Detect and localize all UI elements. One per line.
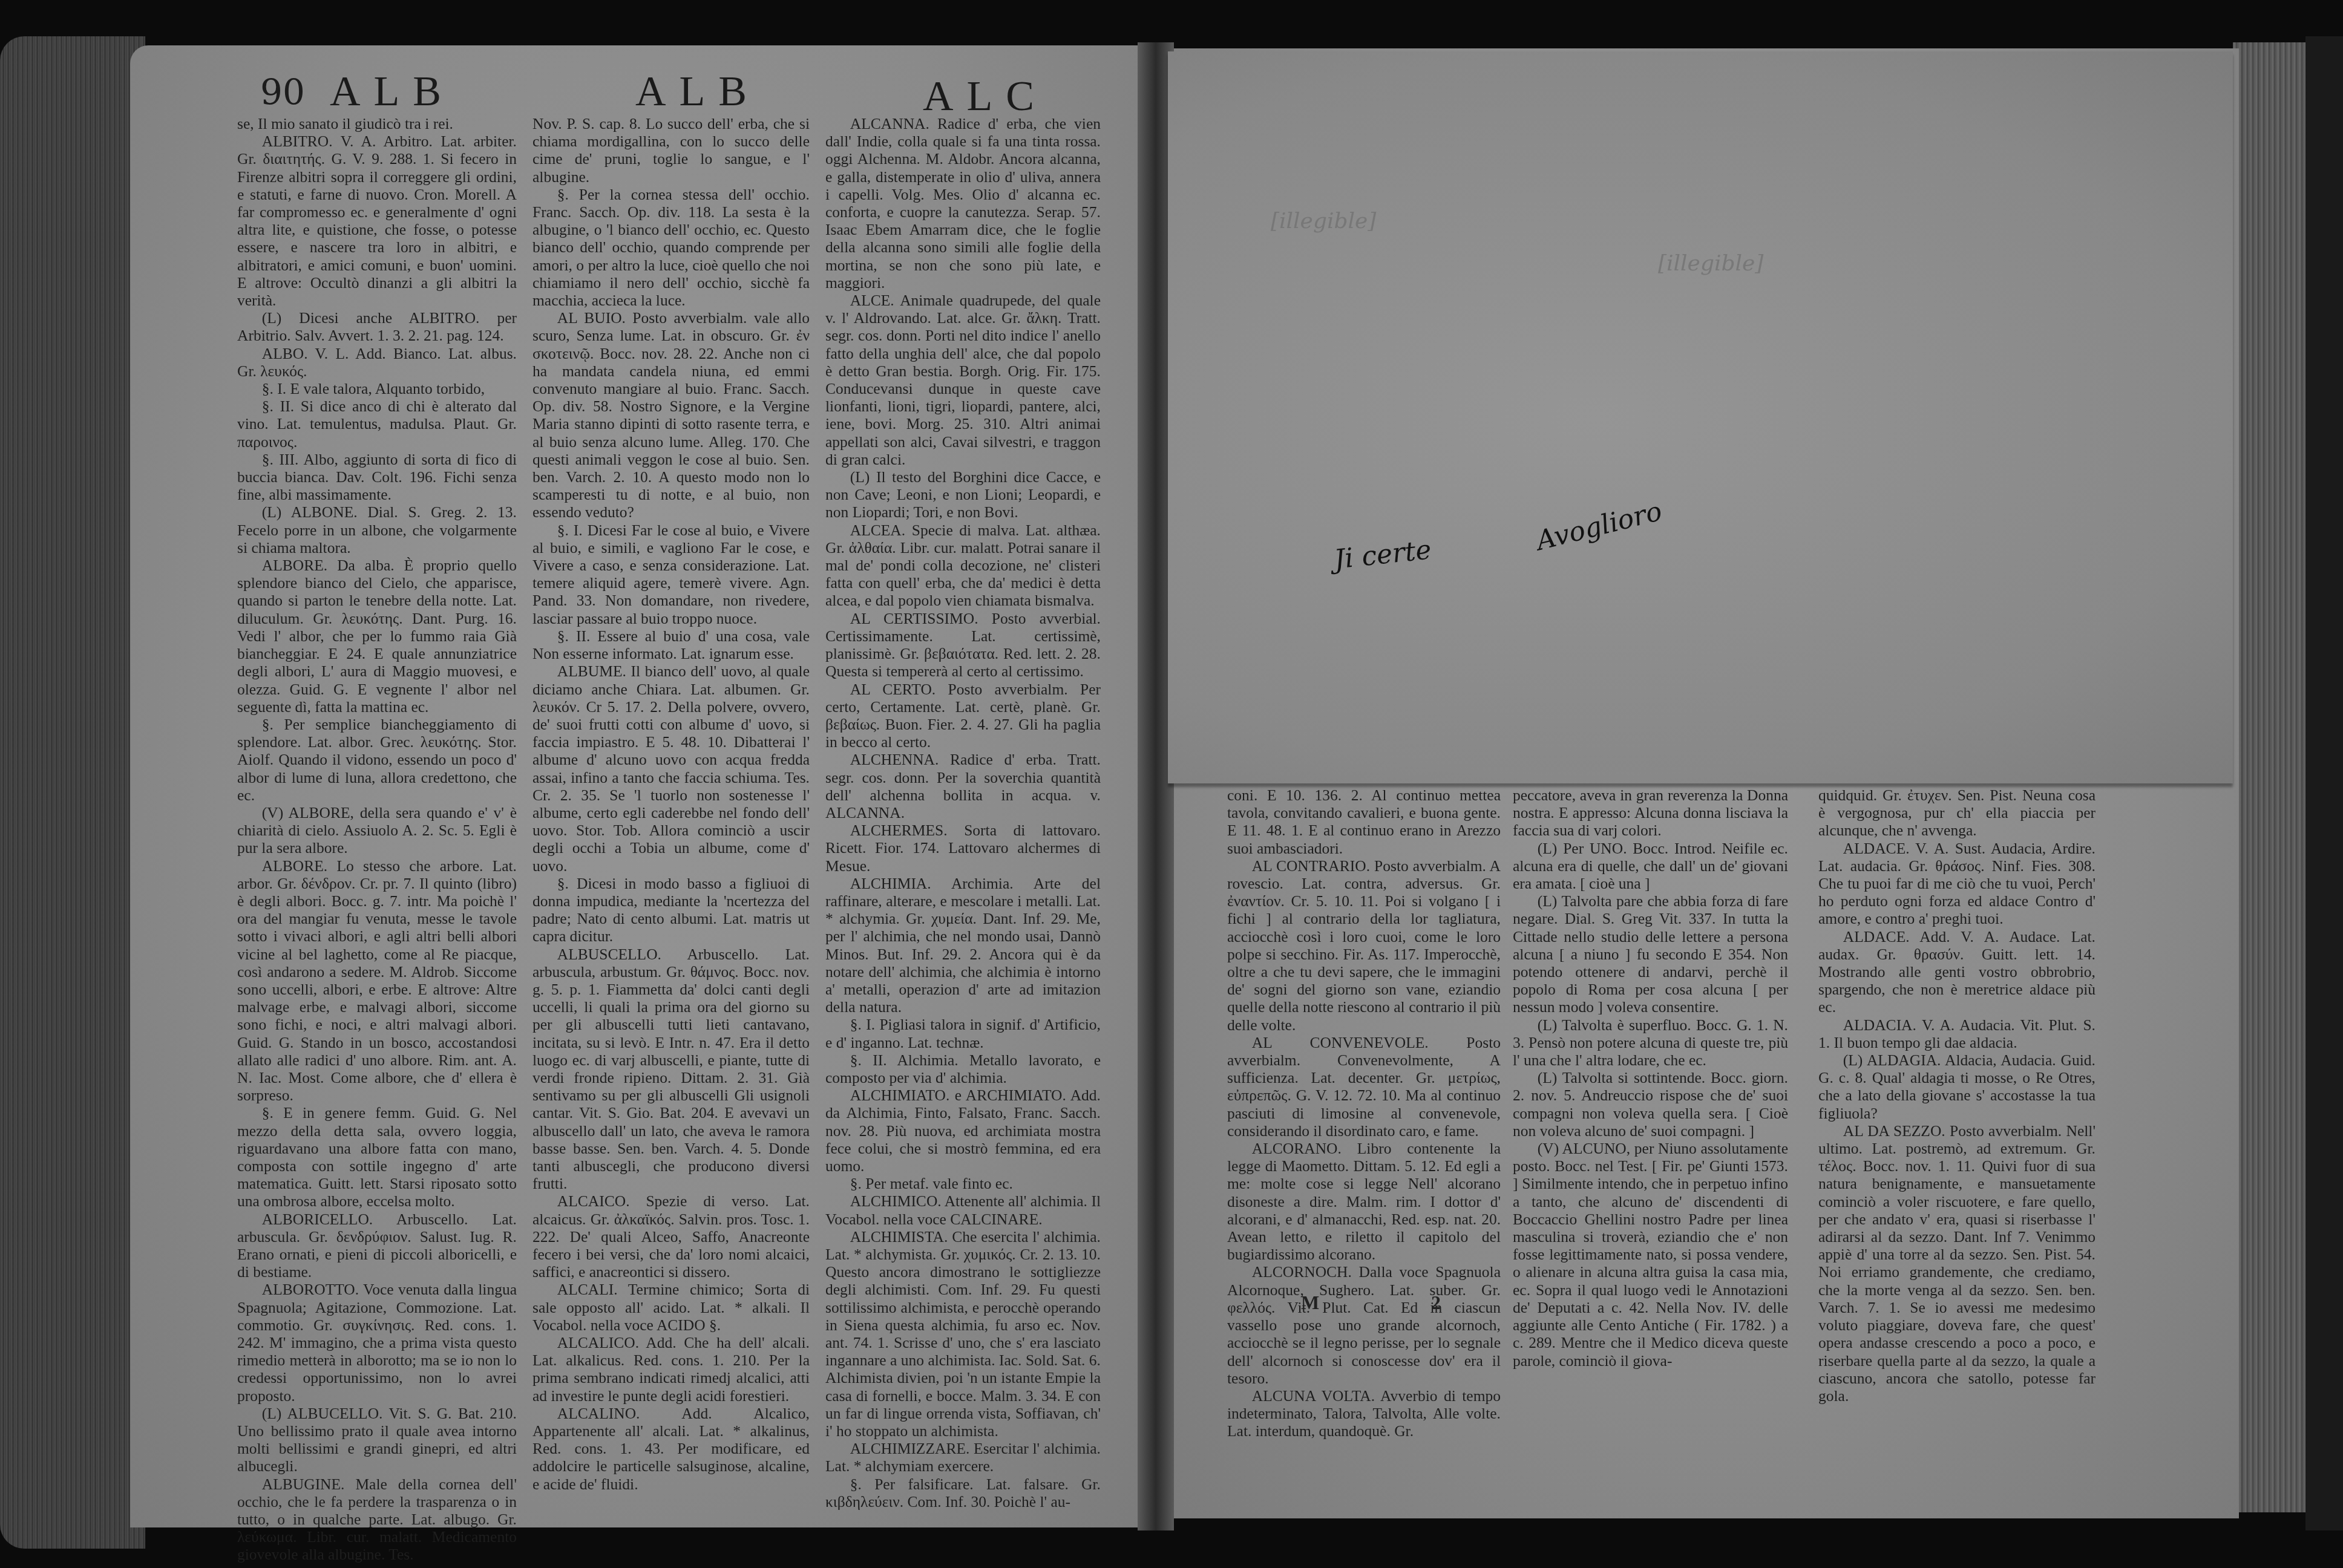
dictionary-entry: ALCORANO. Libro contenente la legge di M… <box>1227 1140 1501 1263</box>
dictionary-entry: ALCALI. Termine chimico; Sorta di sale o… <box>532 1281 810 1334</box>
dictionary-entry: ALCHIMICO. Attenente all' alchimia. Il V… <box>825 1192 1101 1227</box>
dictionary-entry: §. II. Essere al buio d' una cosa, vale … <box>532 627 810 662</box>
book-page-edges-left <box>0 36 145 1549</box>
dictionary-entry: §. I. Pigliasi talora in signif. d' Arti… <box>825 1016 1101 1051</box>
dictionary-entry: §. II. Si dice anco di chi è alterato da… <box>237 397 517 451</box>
dictionary-entry: (L) Talvolta pare che abbia forza di far… <box>1513 892 1788 1016</box>
dictionary-entry: ALCALICO. Add. Che ha dell' alcali. Lat.… <box>532 1334 810 1405</box>
bleed-through-text-2: [illegible] <box>1658 251 1763 276</box>
dictionary-entry: ALDACE. Add. V. A. Audace. Lat. audax. G… <box>1818 928 2096 1016</box>
dictionary-entry: ALCEA. Specie di malva. Lat. althæa. Gr.… <box>825 521 1101 610</box>
dictionary-entry: AL CONTRARIO. Posto avverbialm. A rovesc… <box>1227 857 1501 1034</box>
left-page-column-2: Nov. P. S. cap. 8. Lo succo dell' erba, … <box>532 115 810 1493</box>
dictionary-entry: ALBO. V. L. Add. Bianco. Lat. albus. Gr.… <box>237 345 517 380</box>
book-cover-right <box>2305 36 2343 1530</box>
dictionary-entry: §. III. Albo, aggiunto di sorta di fico … <box>237 451 517 504</box>
left-page-column-1: se, Il mio sanato il giudicò tra i rei.A… <box>237 115 517 1564</box>
dictionary-entry: (L) ALDAGIA. Aldacia, Audacia. Guid. G. … <box>1818 1051 2096 1122</box>
dictionary-entry: ALCALINO. Add. Alcalico, Appartenente al… <box>532 1405 810 1493</box>
dictionary-entry: (L) Il testo del Borghini dice Cacce, e … <box>825 468 1101 521</box>
dictionary-entry: AL DA SEZZO. Posto avverbialm. Nell' ult… <box>1818 1122 2096 1405</box>
dictionary-entry: (V) ALCUNO, per Niuno assolutamente post… <box>1513 1140 1788 1370</box>
right-page-column-2: peccatore, aveva in gran reverenza la Do… <box>1513 786 1788 1370</box>
dictionary-entry: ALBORE. Da alba. È proprio quello splend… <box>237 557 517 716</box>
dictionary-entry: (L) ALBONE. Dial. S. Greg. 2. 13. Fecelo… <box>237 503 517 557</box>
dictionary-entry: ALCORNOCH. Dalla voce Spagnuola Alcornoq… <box>1227 1263 1501 1387</box>
dictionary-entry: §. II. Alchimia. Metallo lavorato, e com… <box>825 1051 1101 1086</box>
dictionary-entry: Nov. P. S. cap. 8. Lo succo dell' erba, … <box>532 115 810 186</box>
dictionary-entry: (V) ALBORE, della sera quando e' v' è ch… <box>237 804 517 857</box>
dictionary-entry: (L) Talvolta è superfluo. Bocc. G. 1. N.… <box>1513 1016 1788 1070</box>
right-page-column-1: coni. E 10. 136. 2. Al continuo mettea t… <box>1227 786 1501 1440</box>
dictionary-entry: ALCHIMISTA. Che esercita l' alchimia. La… <box>825 1228 1101 1440</box>
dictionary-entry: ALCE. Animale quadrupede, del quale v. l… <box>825 292 1101 468</box>
dictionary-entry: ALBITRO. V. A. Arbitro. Lat. arbiter. Gr… <box>237 132 517 309</box>
dictionary-entry: ALDACE. V. A. Sust. Audacia, Ardire. Lat… <box>1818 840 2096 928</box>
dictionary-entry: §. E in genere femm. Guid. G. Nel mezzo … <box>237 1104 517 1210</box>
dictionary-entry: (L) Talvolta si sottintende. Bocc. giorn… <box>1513 1069 1788 1140</box>
dictionary-entry: ALDACIA. V. A. Audacia. Vit. Plut. S. 1.… <box>1818 1016 2096 1051</box>
running-head-right: ALC <box>923 73 1047 121</box>
dictionary-entry: ALBORE. Lo stesso che arbore. Lat. arbor… <box>237 857 517 1105</box>
dictionary-entry: §. Per semplice biancheggiamento di sple… <box>237 716 517 804</box>
dictionary-entry: ALCHERMES. Sorta di lattovaro. Ricett. F… <box>825 822 1101 875</box>
dictionary-entry: se, Il mio sanato il giudicò tra i rei. <box>237 115 517 132</box>
paper-flap <box>1168 51 2233 783</box>
dictionary-entry: AL CERTISSIMO. Posto avverbial. Certissi… <box>825 610 1101 681</box>
dictionary-entry: ALBUSCELLO. Arbuscello. Lat. arbuscula, … <box>532 946 810 1193</box>
dictionary-entry: ALBOROTTO. Voce venuta dalla lingua Spag… <box>237 1281 517 1404</box>
dictionary-entry: AL CONVENEVOLE. Posto avverbialm. Conven… <box>1227 1034 1501 1140</box>
dictionary-entry: (L) Per UNO. Bocc. Introd. Neifile ec. a… <box>1513 840 1788 893</box>
dictionary-entry: ALCUNA VOLTA. Avverbio di tempo indeterm… <box>1227 1387 1501 1440</box>
dictionary-entry: AL BUIO. Posto avverbialm. vale allo scu… <box>532 309 810 521</box>
dictionary-entry: peccatore, aveva in gran reverenza la Do… <box>1513 786 1788 840</box>
running-head-center: ALB <box>635 68 760 116</box>
page-number: 90 <box>260 71 305 113</box>
dictionary-entry: ALCHIMIATO. e ARCHIMIATO. Add. da Alchim… <box>825 1086 1101 1175</box>
dictionary-entry: ALCANNA. Radice d' erba, che vien dall' … <box>825 115 1101 292</box>
left-page-column-3: ALCANNA. Radice d' erba, che vien dall' … <box>825 115 1101 1511</box>
dictionary-entry: ALBUGINE. Male della cornea dell' occhio… <box>237 1475 517 1564</box>
signature-mark: M <box>1301 1292 1319 1314</box>
dictionary-entry: §. Per falsificare. Lat. falsare. Gr. κι… <box>825 1475 1101 1511</box>
dictionary-entry: quidquid. Gr. ἐτυχεν. Sen. Pist. Neuna c… <box>1818 786 2096 840</box>
dictionary-entry: ALCAICO. Spezie di verso. Lat. alcaicus.… <box>532 1192 810 1281</box>
right-page-column-3: quidquid. Gr. ἐτυχεν. Sen. Pist. Neuna c… <box>1818 786 2096 1405</box>
dictionary-entry: ALCHENNA. Radice d' erba. Tratt. segr. c… <box>825 751 1101 822</box>
dictionary-entry: AL CERTO. Posto avverbialm. Per certo, C… <box>825 681 1101 751</box>
dictionary-entry: §. I. Dicesi Far le cose al buio, e Vive… <box>532 521 810 627</box>
dictionary-entry: ALCHIMIA. Archimia. Arte del raffinare, … <box>825 875 1101 1016</box>
running-head-left: ALB <box>330 68 454 116</box>
dictionary-entry: §. Per metaf. vale finto ec. <box>825 1175 1101 1192</box>
dictionary-entry: ALCHIMIZZARE. Esercitar l' alchimia. Lat… <box>825 1440 1101 1475</box>
dictionary-entry: (L) Dicesi anche ALBITRO. per Arbitrio. … <box>237 309 517 344</box>
dictionary-entry: coni. E 10. 136. 2. Al continuo mettea t… <box>1227 786 1501 857</box>
dictionary-entry: ALBUME. Il bianco dell' uovo, al quale d… <box>532 662 810 874</box>
dictionary-entry: §. Per la cornea stessa dell' occhio. Fr… <box>532 186 810 309</box>
bleed-through-text-1: [illegible] <box>1271 209 1376 234</box>
dictionary-entry: §. I. E vale talora, Alquanto torbido, <box>237 380 517 397</box>
dictionary-entry: (L) ALBUCELLO. Vit. S. G. Bat. 210. Uno … <box>237 1405 517 1475</box>
signature-number: 2 <box>1431 1292 1441 1314</box>
dictionary-entry: §. Dicesi in modo basso a figliuoi di do… <box>532 875 810 946</box>
dictionary-entry: ALBORICELLO. Arbuscello. Lat. arbuscula.… <box>237 1210 517 1281</box>
